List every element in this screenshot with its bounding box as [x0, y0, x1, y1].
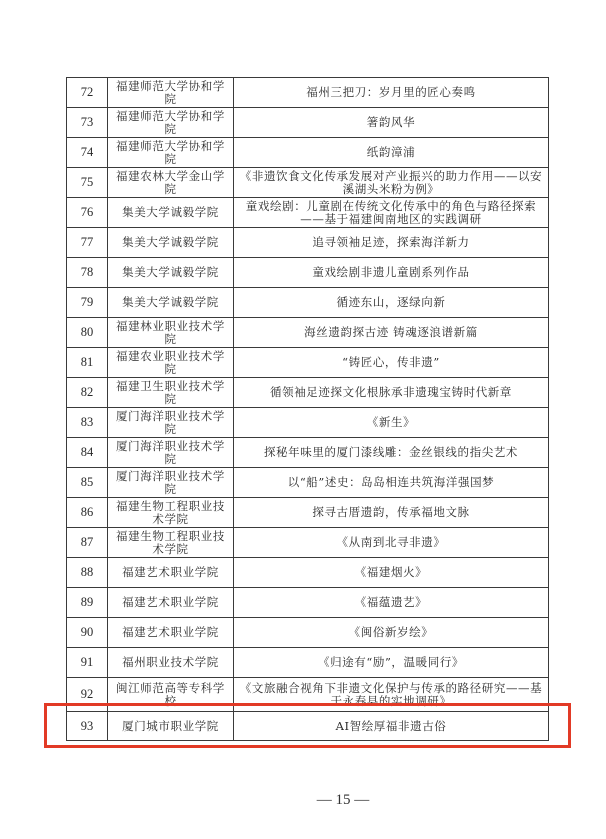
school-name-cell: 福建艺术职业学院	[108, 558, 234, 588]
table-row: 87福建生物工程职业技术学院《从南到北寻非遗》	[67, 528, 549, 558]
page-number: — 15 —	[0, 792, 606, 809]
school-name-cell: 福建卫生职业技术学院	[108, 378, 234, 408]
table-row: 88福建艺术职业学院《福建烟火》	[67, 558, 549, 588]
project-title-cell: 海丝遗韵探古迹 铸魂逐浪谱新篇	[234, 318, 549, 348]
row-number-cell: 79	[67, 288, 108, 318]
school-name-cell: 厦门城市职业学院	[108, 712, 234, 741]
school-name-cell: 集美大学诚毅学院	[108, 288, 234, 318]
table-row: 83厦门海洋职业技术学院《新生》	[67, 408, 549, 438]
row-number-cell: 92	[67, 678, 108, 712]
table-row: 92闽江师范高等专科学校《文旅融合视角下非遗文化保护与传承的路径研究——基于永春…	[67, 678, 549, 712]
row-number-cell: 84	[67, 438, 108, 468]
table-row: 89福建艺术职业学院《福蕴遗艺》	[67, 588, 549, 618]
row-number-cell: 76	[67, 198, 108, 228]
table-row: 78集美大学诚毅学院童戏绘剧非遗儿童剧系列作品	[67, 258, 549, 288]
table-row: 73福建师范大学协和学院箸韵风华	[67, 108, 549, 138]
table-row: 86福建生物工程职业技术学院探寻古厝遗韵，传承福地文脉	[67, 498, 549, 528]
project-title-cell: 《福建烟火》	[234, 558, 549, 588]
row-number-cell: 81	[67, 348, 108, 378]
project-title-cell: 追寻领袖足迹，探索海洋新力	[234, 228, 549, 258]
table-row: 76集美大学诚毅学院童戏绘剧：儿童剧在传统文化传承中的角色与路径探索——基于福建…	[67, 198, 549, 228]
school-name-cell: 福建生物工程职业技术学院	[108, 498, 234, 528]
school-name-cell: 厦门海洋职业技术学院	[108, 408, 234, 438]
table-row: 77集美大学诚毅学院追寻领袖足迹，探索海洋新力	[67, 228, 549, 258]
document-page: 72福建师范大学协和学院福州三把刀：岁月里的匠心奏鸣73福建师范大学协和学院箸韵…	[0, 0, 606, 839]
row-number-cell: 78	[67, 258, 108, 288]
project-title-cell: 以“船”述史：岛岛相连共筑海洋强国梦	[234, 468, 549, 498]
row-number-cell: 91	[67, 648, 108, 678]
row-number-cell: 88	[67, 558, 108, 588]
row-number-cell: 77	[67, 228, 108, 258]
school-name-cell: 集美大学诚毅学院	[108, 198, 234, 228]
row-number-cell: 83	[67, 408, 108, 438]
project-list-table: 72福建师范大学协和学院福州三把刀：岁月里的匠心奏鸣73福建师范大学协和学院箸韵…	[66, 77, 549, 741]
table-row: 91福州职业技术学院《归途有“励”，温暖同行》	[67, 648, 549, 678]
school-name-cell: 福建艺术职业学院	[108, 618, 234, 648]
table-row: 82福建卫生职业技术学院循领袖足迹探文化根脉承非遗瑰宝铸时代新章	[67, 378, 549, 408]
row-number-cell: 86	[67, 498, 108, 528]
school-name-cell: 闽江师范高等专科学校	[108, 678, 234, 712]
project-title-cell: 福州三把刀：岁月里的匠心奏鸣	[234, 78, 549, 108]
school-name-cell: 福建师范大学协和学院	[108, 108, 234, 138]
row-number-cell: 74	[67, 138, 108, 168]
project-title-cell: 循领袖足迹探文化根脉承非遗瑰宝铸时代新章	[234, 378, 549, 408]
project-title-cell: 探秘年味里的厦门漆线雕：金丝银线的指尖艺术	[234, 438, 549, 468]
row-number-cell: 80	[67, 318, 108, 348]
school-name-cell: 集美大学诚毅学院	[108, 228, 234, 258]
school-name-cell: 集美大学诚毅学院	[108, 258, 234, 288]
project-title-cell: 童戏绘剧：儿童剧在传统文化传承中的角色与路径探索——基于福建闽南地区的实践调研	[234, 198, 549, 228]
school-name-cell: 福建农业职业技术学院	[108, 348, 234, 378]
table-row: 85厦门海洋职业技术学院以“船”述史：岛岛相连共筑海洋强国梦	[67, 468, 549, 498]
row-number-cell: 75	[67, 168, 108, 198]
project-title-cell: 《归途有“励”，温暖同行》	[234, 648, 549, 678]
school-name-cell: 福建林业职业技术学院	[108, 318, 234, 348]
school-name-cell: 福建生物工程职业技术学院	[108, 528, 234, 558]
project-title-cell: 《福蕴遗艺》	[234, 588, 549, 618]
project-title-cell: 《闽俗新岁绘》	[234, 618, 549, 648]
table-row: 81福建农业职业技术学院“铸匠心，传非遗”	[67, 348, 549, 378]
table-row: 75福建农林大学金山学院《非遗饮食文化传承发展对产业振兴的助力作用——以安溪湖头…	[67, 168, 549, 198]
table-row: 74福建师范大学协和学院纸韵漳浦	[67, 138, 549, 168]
project-title-cell: 《从南到北寻非遗》	[234, 528, 549, 558]
row-number-cell: 82	[67, 378, 108, 408]
row-number-cell: 73	[67, 108, 108, 138]
table-row: 79集美大学诚毅学院循迹东山，逐绿向新	[67, 288, 549, 318]
project-title-cell: 《文旅融合视角下非遗文化保护与传承的路径研究——基于永春县的实地调研》	[234, 678, 549, 712]
school-name-cell: 福州职业技术学院	[108, 648, 234, 678]
row-number-cell: 72	[67, 78, 108, 108]
project-title-cell: 纸韵漳浦	[234, 138, 549, 168]
table-row: 90福建艺术职业学院《闽俗新岁绘》	[67, 618, 549, 648]
row-number-cell: 93	[67, 712, 108, 741]
school-name-cell: 厦门海洋职业技术学院	[108, 468, 234, 498]
row-number-cell: 85	[67, 468, 108, 498]
school-name-cell: 福建师范大学协和学院	[108, 138, 234, 168]
table-row: 80福建林业职业技术学院海丝遗韵探古迹 铸魂逐浪谱新篇	[67, 318, 549, 348]
school-name-cell: 福建艺术职业学院	[108, 588, 234, 618]
project-title-cell: 童戏绘剧非遗儿童剧系列作品	[234, 258, 549, 288]
project-title-cell: 《新生》	[234, 408, 549, 438]
project-title-cell: “铸匠心，传非遗”	[234, 348, 549, 378]
table-row: 93厦门城市职业学院AI智绘厚福非遗古俗	[67, 712, 549, 741]
table-row: 84厦门海洋职业技术学院探秘年味里的厦门漆线雕：金丝银线的指尖艺术	[67, 438, 549, 468]
table-row: 72福建师范大学协和学院福州三把刀：岁月里的匠心奏鸣	[67, 78, 549, 108]
project-title-cell: 探寻古厝遗韵，传承福地文脉	[234, 498, 549, 528]
project-title-cell: 箸韵风华	[234, 108, 549, 138]
row-number-cell: 87	[67, 528, 108, 558]
project-title-cell: 循迹东山，逐绿向新	[234, 288, 549, 318]
school-name-cell: 福建农林大学金山学院	[108, 168, 234, 198]
project-title-cell: AI智绘厚福非遗古俗	[234, 712, 549, 741]
school-name-cell: 厦门海洋职业技术学院	[108, 438, 234, 468]
row-number-cell: 90	[67, 618, 108, 648]
project-title-cell: 《非遗饮食文化传承发展对产业振兴的助力作用——以安溪湖头米粉为例》	[234, 168, 549, 198]
school-name-cell: 福建师范大学协和学院	[108, 78, 234, 108]
row-number-cell: 89	[67, 588, 108, 618]
